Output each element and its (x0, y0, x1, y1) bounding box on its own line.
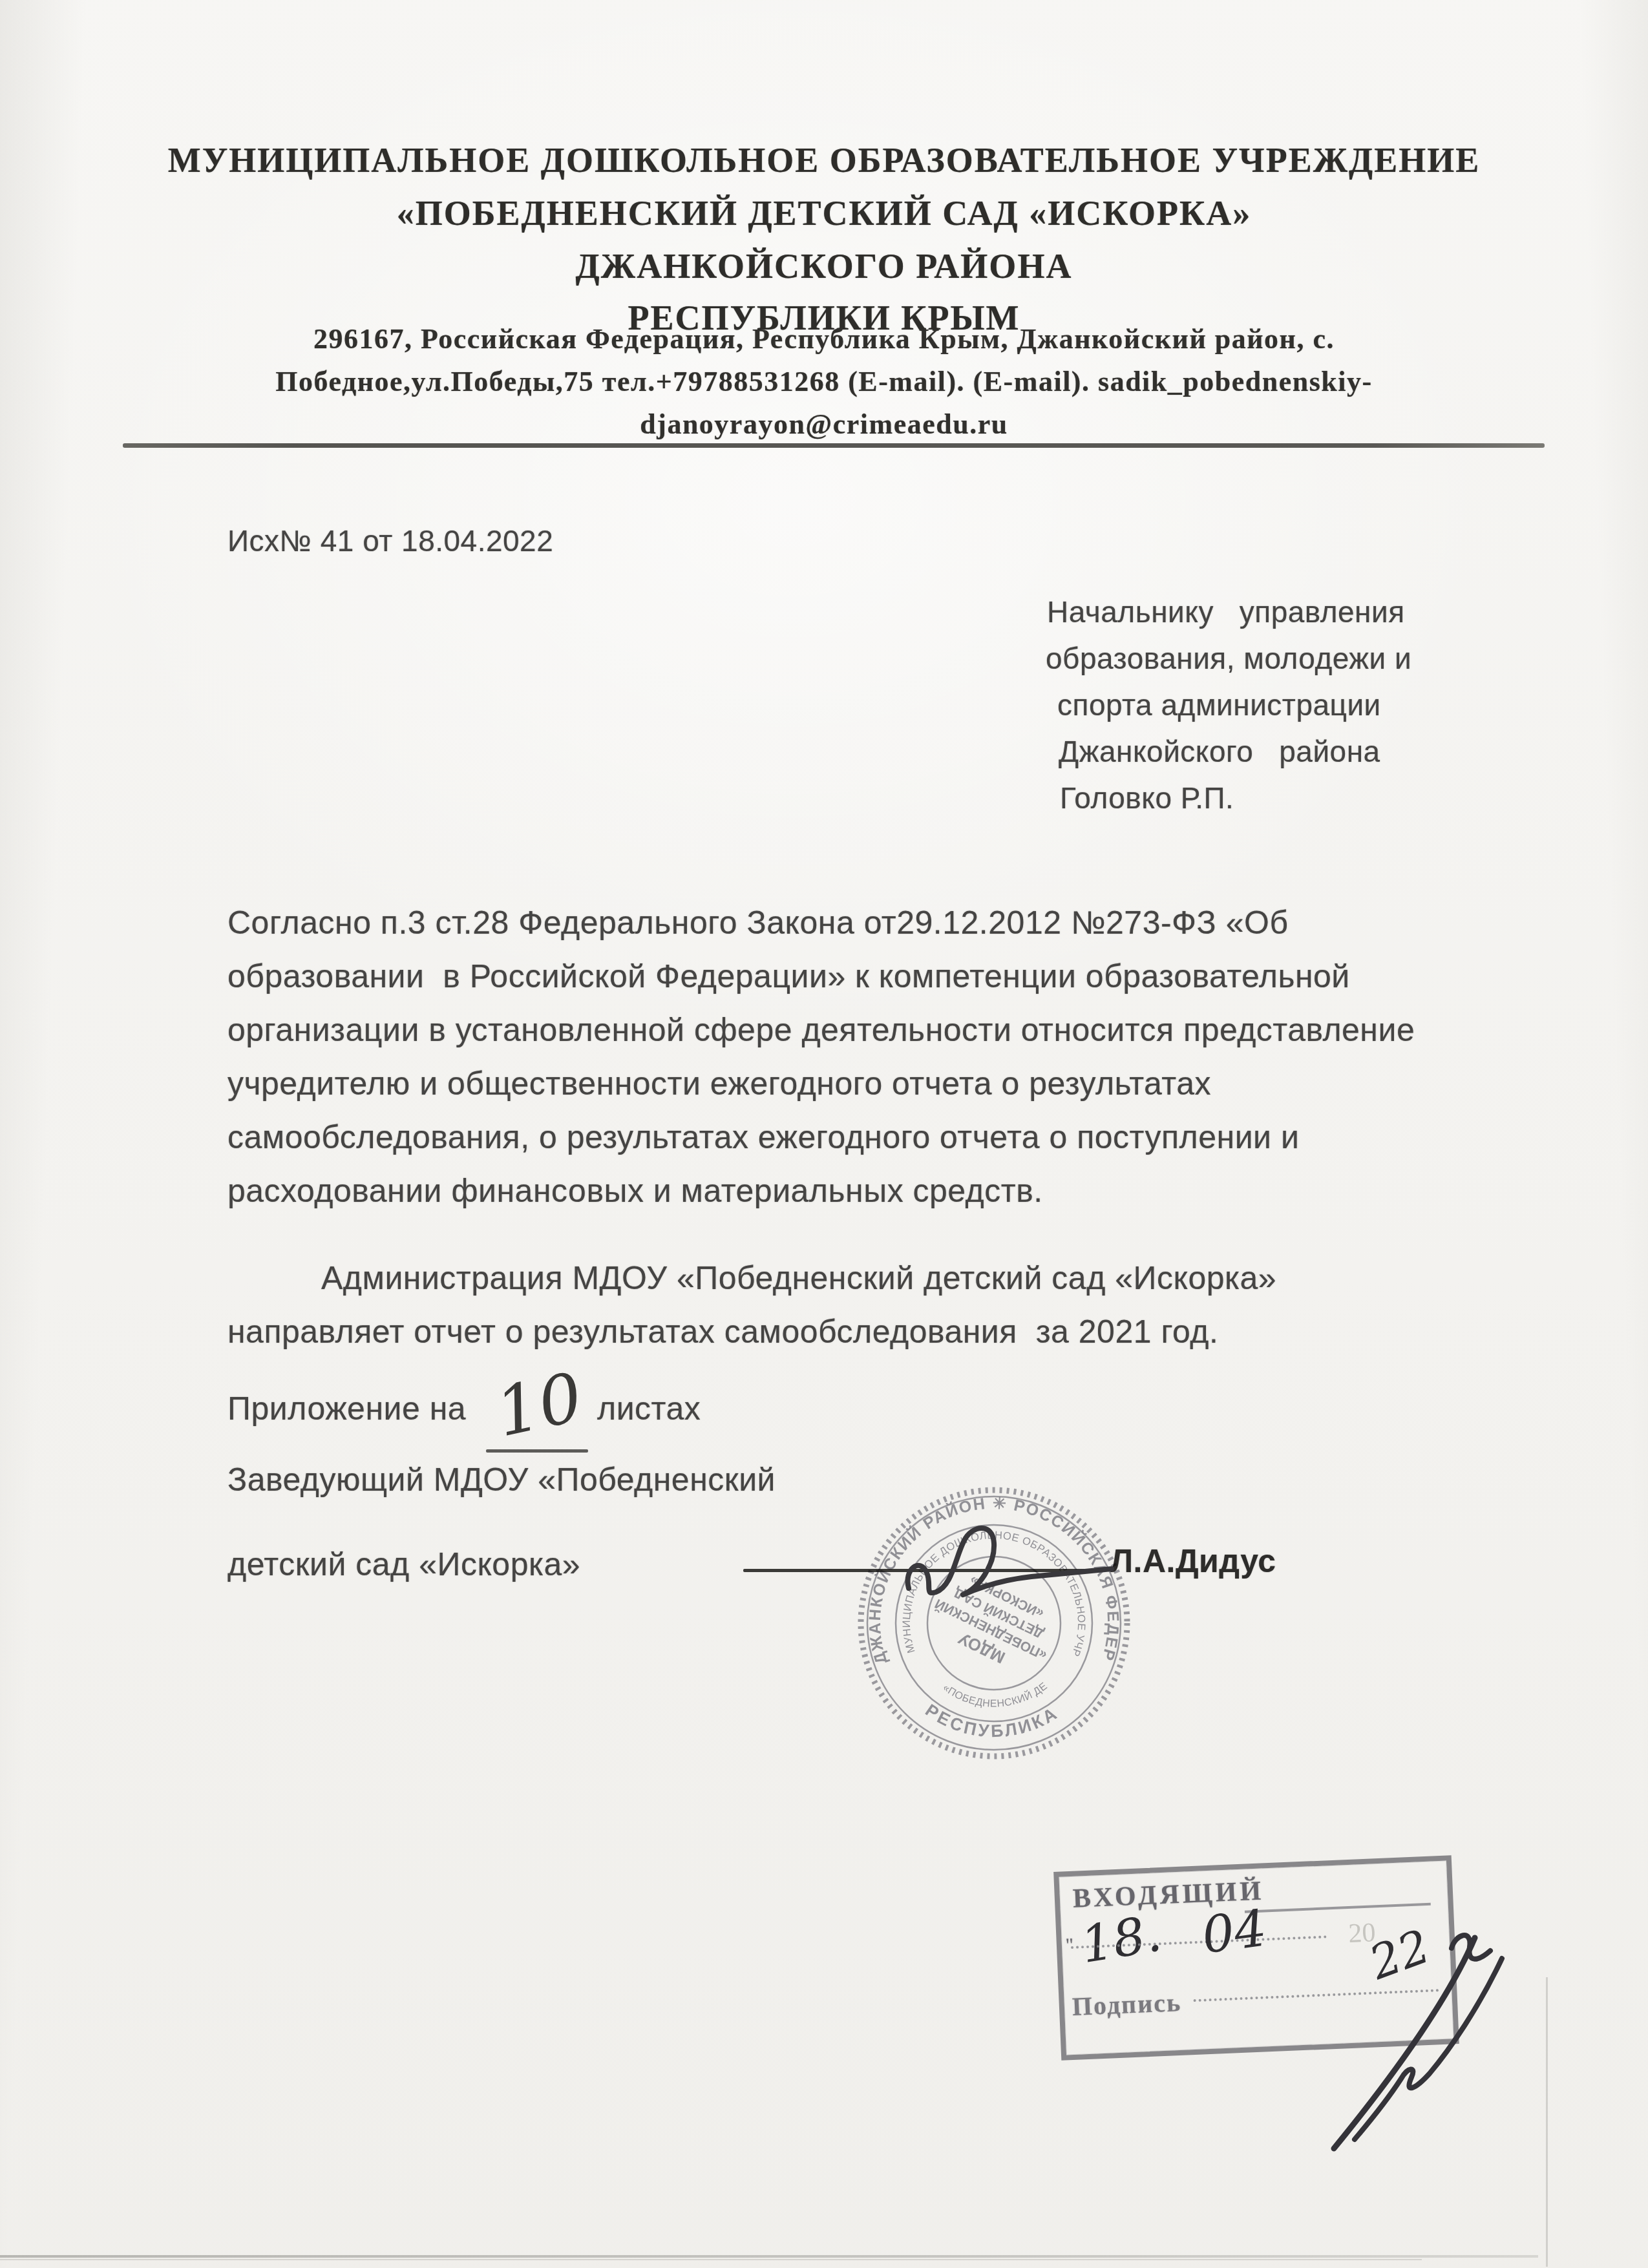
paper-bottom-edge-shadow-2 (0, 2259, 1422, 2260)
org-address-line-1: 296167, Российская Федерация, Республика… (0, 323, 1648, 355)
director-signature (898, 1512, 1118, 1615)
attachment-sheets-count-handwritten: 10 (491, 1363, 588, 1446)
attachment-prefix: Приложение на (227, 1391, 466, 1427)
addressee-line-2: образования, молодежи и (1046, 642, 1411, 676)
paragraph2-line-1: Администрация МДОУ «Победненский детский… (321, 1260, 1276, 1296)
paper-bottom-edge-shadow (0, 2255, 1538, 2258)
paragraph1-line-3: организации в установленной сфере деятел… (227, 1012, 1415, 1048)
scanned-letter-page: МУНИЦИПАЛЬНОЕ ДОШКОЛЬНОЕ ОБРАЗОВАТЕЛЬНОЕ… (0, 0, 1648, 2268)
paper-right-edge-shadow (1546, 1977, 1548, 2267)
paragraph1-line-1: Согласно п.3 ст.28 Федерального Закона о… (227, 905, 1289, 941)
paragraph1-line-2: образовании в Российской Федерации» к ко… (227, 958, 1350, 994)
receiving-signature (1305, 1929, 1519, 2168)
paragraph1-line-4: учредителю и общественности ежегодного о… (227, 1066, 1211, 1102)
org-address-line-2: Победное,ул.Победы,75 тел.+79788531268 (… (0, 366, 1648, 397)
paragraph2-line-2: направляет отчет о результатах самообсле… (227, 1314, 1218, 1350)
org-name-line-2: «ПОБЕДНЕНСКИЙ ДЕТСКИЙ САД «ИСКОРКА» (0, 194, 1648, 233)
attachment-suffix: листах (597, 1391, 701, 1427)
addressee-line-3: спорта администрации (1057, 689, 1381, 722)
org-address-line-3: djanoyrayon@crimeaedu.ru (0, 408, 1648, 440)
incoming-month-handwritten: 04 (1199, 1903, 1269, 1961)
addressee-line-5: Головко Р.П. (1060, 782, 1234, 815)
letterhead-divider-rule (123, 443, 1545, 448)
signer-position-line-2: детский сад «Искорка» (227, 1546, 580, 1582)
incoming-number-line (1245, 1903, 1431, 1913)
org-name-line-1: МУНИЦИПАЛЬНОЕ ДОШКОЛЬНОЕ ОБРАЗОВАТЕЛЬНОЕ… (0, 141, 1648, 180)
paragraph1-line-6: расходовании финансовых и материальных с… (227, 1173, 1043, 1209)
signer-position-line-1: Заведующий МДОУ «Победненский (227, 1462, 776, 1498)
incoming-signature-label: Подпись (1072, 1990, 1182, 2020)
attachment-sheets-underline (486, 1449, 588, 1453)
incoming-day-handwritten: 18. (1077, 1908, 1165, 1971)
org-name-line-3: ДЖАНКОЙСКОГО РАЙОНА (0, 247, 1648, 286)
outgoing-reference: Исх№ 41 от 18.04.2022 (227, 525, 553, 558)
addressee-line-1: Начальнику управления (1047, 596, 1405, 629)
addressee-line-4: Джанкойского района (1059, 735, 1380, 769)
paragraph1-line-5: самообследования, о результатах ежегодно… (227, 1119, 1299, 1155)
